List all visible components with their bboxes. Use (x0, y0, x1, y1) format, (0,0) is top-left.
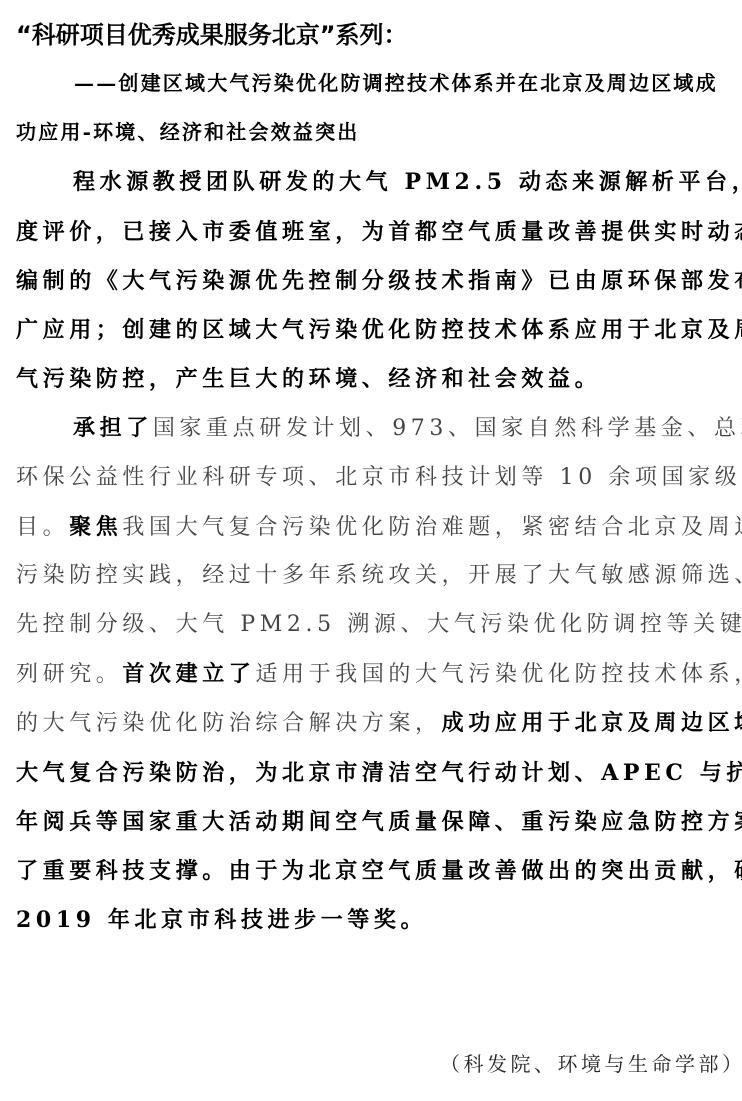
text-span: 环保公益性行业科研专项、北京市科技计划等 10 余项国家级和省部级项 (16, 465, 742, 490)
paragraph1-line-1: 程水源教授团队研发的大气 PM2.5 动态来源解析平台，受蔡奇书记高 (73, 167, 742, 197)
subtitle-line-2: 功应用-环境、经济和社会效益突出 (16, 117, 360, 147)
paragraph2-line-10: 了重要科技支撑。由于为北京空气质量改善做出的突出贡献，研究成果获 (16, 856, 742, 886)
text-span: 目。 (16, 515, 69, 540)
paragraph2-line-1: 承担了国家重点研发计划、973、国家自然科学基金、总理基金、国家 (73, 413, 742, 443)
paragraph2-line-4: 污染防控实践，经过十多年系统攻关，开展了大气敏感源筛选、污染源优 (16, 561, 742, 591)
paragraph2-line-5: 先控制分级、大气 PM2.5 溯源、大气污染优化防调控等关键技术方法的系 (16, 610, 742, 640)
emphasis-successfully-applied: 成功应用于北京及周边区域乃至全国 (442, 710, 742, 736)
emphasis-first-established: 首次建立了 (122, 661, 255, 687)
paragraph2-line-6: 列研究。首次建立了适用于我国的大气污染优化防控技术体系，研究提出 (16, 659, 742, 689)
emphasis-undertook: 承担了 (73, 415, 153, 441)
text-span: 列研究。 (16, 662, 122, 687)
paragraph2-line-8: 大气复合污染防治，为北京市清洁空气行动计划、APEC 与抗战胜利 70 周 (16, 758, 742, 788)
text-span: 我国大气复合污染优化防治难题，紧密结合北京及周边区域大气 (122, 515, 742, 540)
document-title: “科研项目优秀成果服务北京”系列： (16, 20, 408, 50)
text-span: 先控制分级、大气 PM2.5 溯源、大气污染优化防调控等关键技术方法的系 (16, 612, 742, 637)
paragraph2-line-7: 的大气污染优化防治综合解决方案，成功应用于北京及周边区域乃至全国 (16, 708, 742, 738)
bold-text-span: 2019 年北京市科技进步一等奖。 (16, 907, 427, 933)
paragraph2-line-11: 2019 年北京市科技进步一等奖。 (16, 905, 427, 935)
text-span: 适用于我国的大气污染优化防控技术体系，研究提出 (255, 662, 742, 687)
paragraph1-line-4: 广应用；创建的区域大气污染优化防控技术体系应用于北京及周边区域大 (16, 315, 742, 345)
paragraph2-line-3: 目。聚焦我国大气复合污染优化防治难题，紧密结合北京及周边区域大气 (16, 512, 742, 542)
text-span: 国家重点研发计划、973、国家自然科学基金、总理基金、国家 (153, 416, 742, 441)
paragraph2-line-9: 年阅兵等国家重大活动期间空气质量保障、重污染应急防控方案制定提供 (16, 807, 742, 837)
paragraph2-line-2: 环保公益性行业科研专项、北京市科技计划等 10 余项国家级和省部级项 (16, 463, 742, 493)
credit-attribution: （科发院、环境与生命学部） (440, 1050, 742, 1078)
text-span: 污染防控实践，经过十多年系统攻关，开展了大气敏感源筛选、污染源优 (16, 563, 742, 588)
subtitle-line-1: ——创建区域大气污染优化防调控技术体系并在北京及周边区域成 (74, 68, 718, 98)
emphasis-focus: 聚焦 (69, 514, 122, 540)
text-span: 的大气污染优化防治综合解决方案， (16, 711, 442, 736)
bold-text-span: 大气复合污染防治，为北京市清洁空气行动计划、APEC 与抗战胜利 70 周 (16, 760, 742, 786)
paragraph1-line-5: 气污染防控，产生巨大的环境、经济和社会效益。 (16, 364, 601, 394)
bold-text-span: 年阅兵等国家重大活动期间空气质量保障、重污染应急防控方案制定提供 (16, 809, 742, 835)
bold-text-span: 了重要科技支撑。由于为北京空气质量改善做出的突出贡献，研究成果获 (16, 858, 742, 884)
paragraph1-line-3: 编制的《大气污染源优先控制分级技术指南》已由原环保部发布在全国推 (16, 266, 742, 296)
paragraph1-line-2: 度评价，已接入市委值班室，为首都空气质量改善提供实时动态科技支撑； (16, 217, 742, 247)
